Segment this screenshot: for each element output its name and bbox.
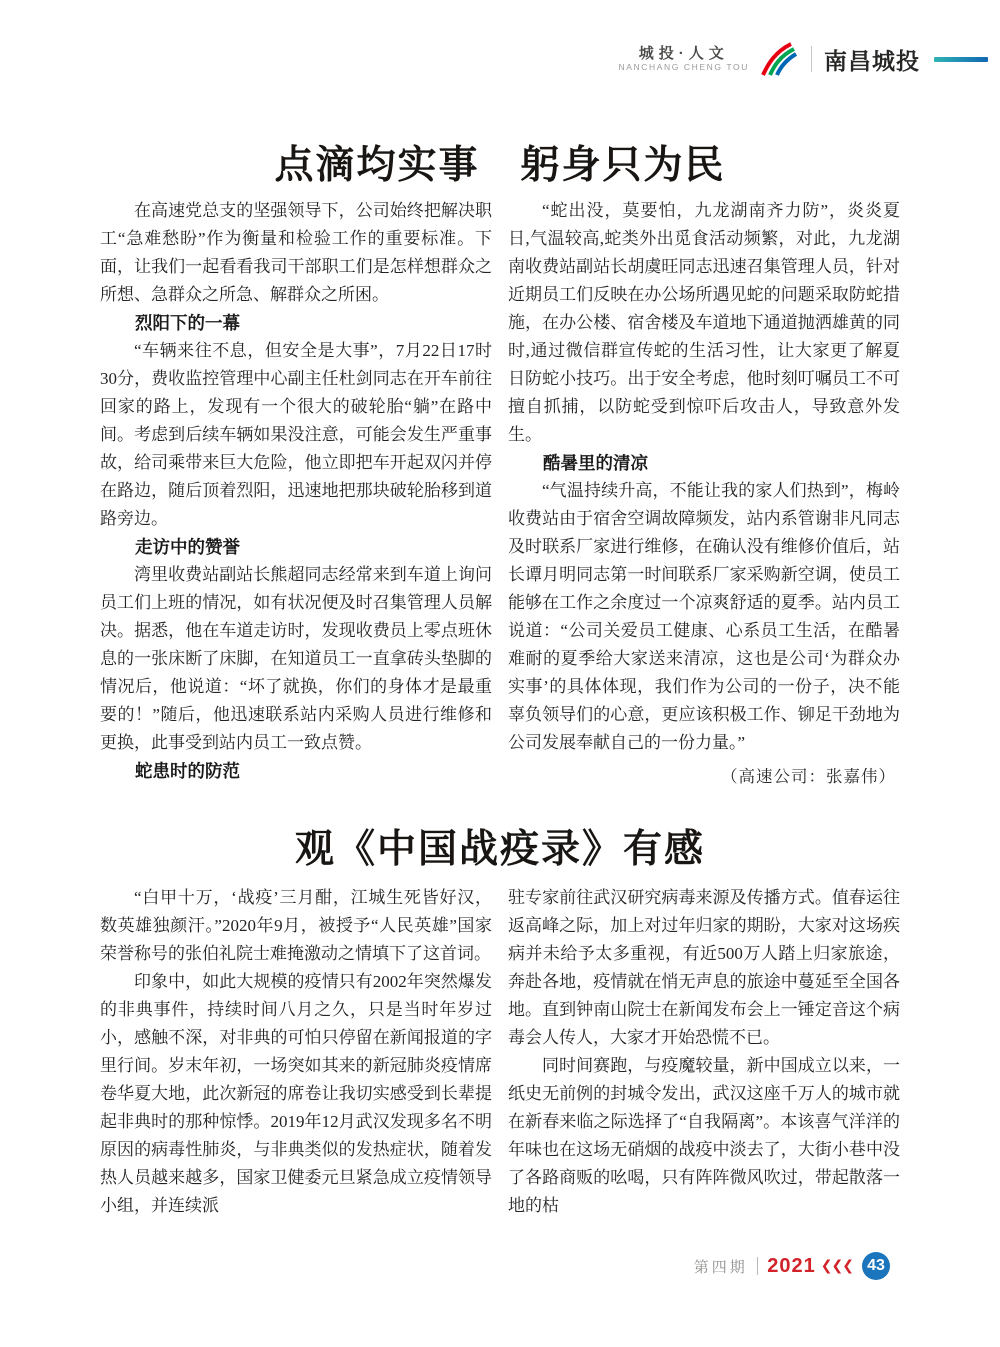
brand-en-label: NANCHANG CHENG TOU	[619, 63, 750, 73]
footer-issue: 第四期	[694, 1256, 748, 1277]
article-1-right-column: “蛇出没，莫要怕，九龙湖南齐力防”，炎炎夏日,气温较高,蛇类外出觅食活动频繁，对…	[508, 197, 900, 791]
paragraph: 印象中，如此大规模的疫情只有2002年突然爆发的非典事件，持续时间八月之久，只是…	[100, 968, 492, 1220]
section-heading: 烈阳下的一幕	[100, 309, 492, 337]
org-name: 南昌城投	[824, 43, 920, 76]
footer-page-number: 43	[862, 1252, 890, 1280]
article-1-title: 点滴均实事 躬身只为民	[0, 134, 1000, 190]
paragraph: “蛇出没，莫要怕，九龙湖南齐力防”，炎炎夏日,气温较高,蛇类外出觅食活动频繁，对…	[508, 197, 900, 449]
header-divider	[811, 46, 812, 72]
paragraph: “气温持续升高，不能让我的家人们热到”，梅岭收费站由于宿舍空调故障频发，站内系管…	[508, 477, 900, 757]
page-footer: 第四期 2021 ❮❮❮ 43	[694, 1252, 890, 1280]
article-2-right-column: 驻专家前往武汉研究病毒来源及传播方式。值春运往返高峰之际，加上对过年归家的期盼，…	[508, 884, 900, 1220]
footer-chevrons-icon: ❮❮❮	[821, 1258, 853, 1274]
header-gradient-line	[934, 57, 988, 62]
paragraph: 湾里收费站副站长熊超同志经常来到车道上询问员工们上班的情况，如有状况便及时召集管…	[100, 561, 492, 757]
section-heading: 蛇患时的防范	[100, 757, 492, 785]
article-2-body: “白甲十万，‘战疫’三月酣，江城生死皆好汉，数英雄独颜汗。”2020年9月，被授…	[100, 884, 900, 1220]
paragraph: 在高速党总支的坚强领导下，公司始终把解决职工“急难愁盼”作为衡量和检验工作的重要…	[100, 197, 492, 309]
article-1-body: 在高速党总支的坚强领导下，公司始终把解决职工“急难愁盼”作为衡量和检验工作的重要…	[100, 197, 900, 791]
footer-year: 2021	[767, 1255, 816, 1278]
paragraph: 驻专家前往武汉研究病毒来源及传播方式。值春运往返高峰之际，加上对过年归家的期盼，…	[508, 884, 900, 1052]
section-heading: 酷暑里的清凉	[508, 449, 900, 477]
paragraph: “车辆来往不息，但安全是大事”，7月22日17时30分，费收监控管理中心副主任杜…	[100, 337, 492, 533]
section-heading: 走访中的赞誉	[100, 533, 492, 561]
page-header: 城投·人文 NANCHANG CHENG TOU 南昌城投	[619, 42, 989, 76]
paragraph: “白甲十万，‘战疫’三月酣，江城生死皆好汉，数英雄独颜汗。”2020年9月，被授…	[100, 884, 492, 968]
nanchang-chengtou-logo-icon	[759, 42, 797, 76]
magazine-page: 城投·人文 NANCHANG CHENG TOU 南昌城投 点滴均实事 躬身只为…	[0, 0, 1000, 1347]
article-1-byline: （高速公司：张嘉伟）	[508, 763, 900, 791]
brand-block: 城投·人文 NANCHANG CHENG TOU	[619, 45, 750, 72]
article-1-left-column: 在高速党总支的坚强领导下，公司始终把解决职工“急难愁盼”作为衡量和检验工作的重要…	[100, 197, 492, 791]
article-2-title: 观《中国战疫录》有感	[0, 818, 1000, 874]
article-2-left-column: “白甲十万，‘战疫’三月酣，江城生死皆好汉，数英雄独颜汗。”2020年9月，被授…	[100, 884, 492, 1220]
brand-cn-label: 城投·人文	[639, 45, 729, 62]
paragraph: 同时间赛跑，与疫魔较量，新中国成立以来，一纸史无前例的封城令发出，武汉这座千万人…	[508, 1052, 900, 1220]
footer-divider	[757, 1257, 759, 1275]
